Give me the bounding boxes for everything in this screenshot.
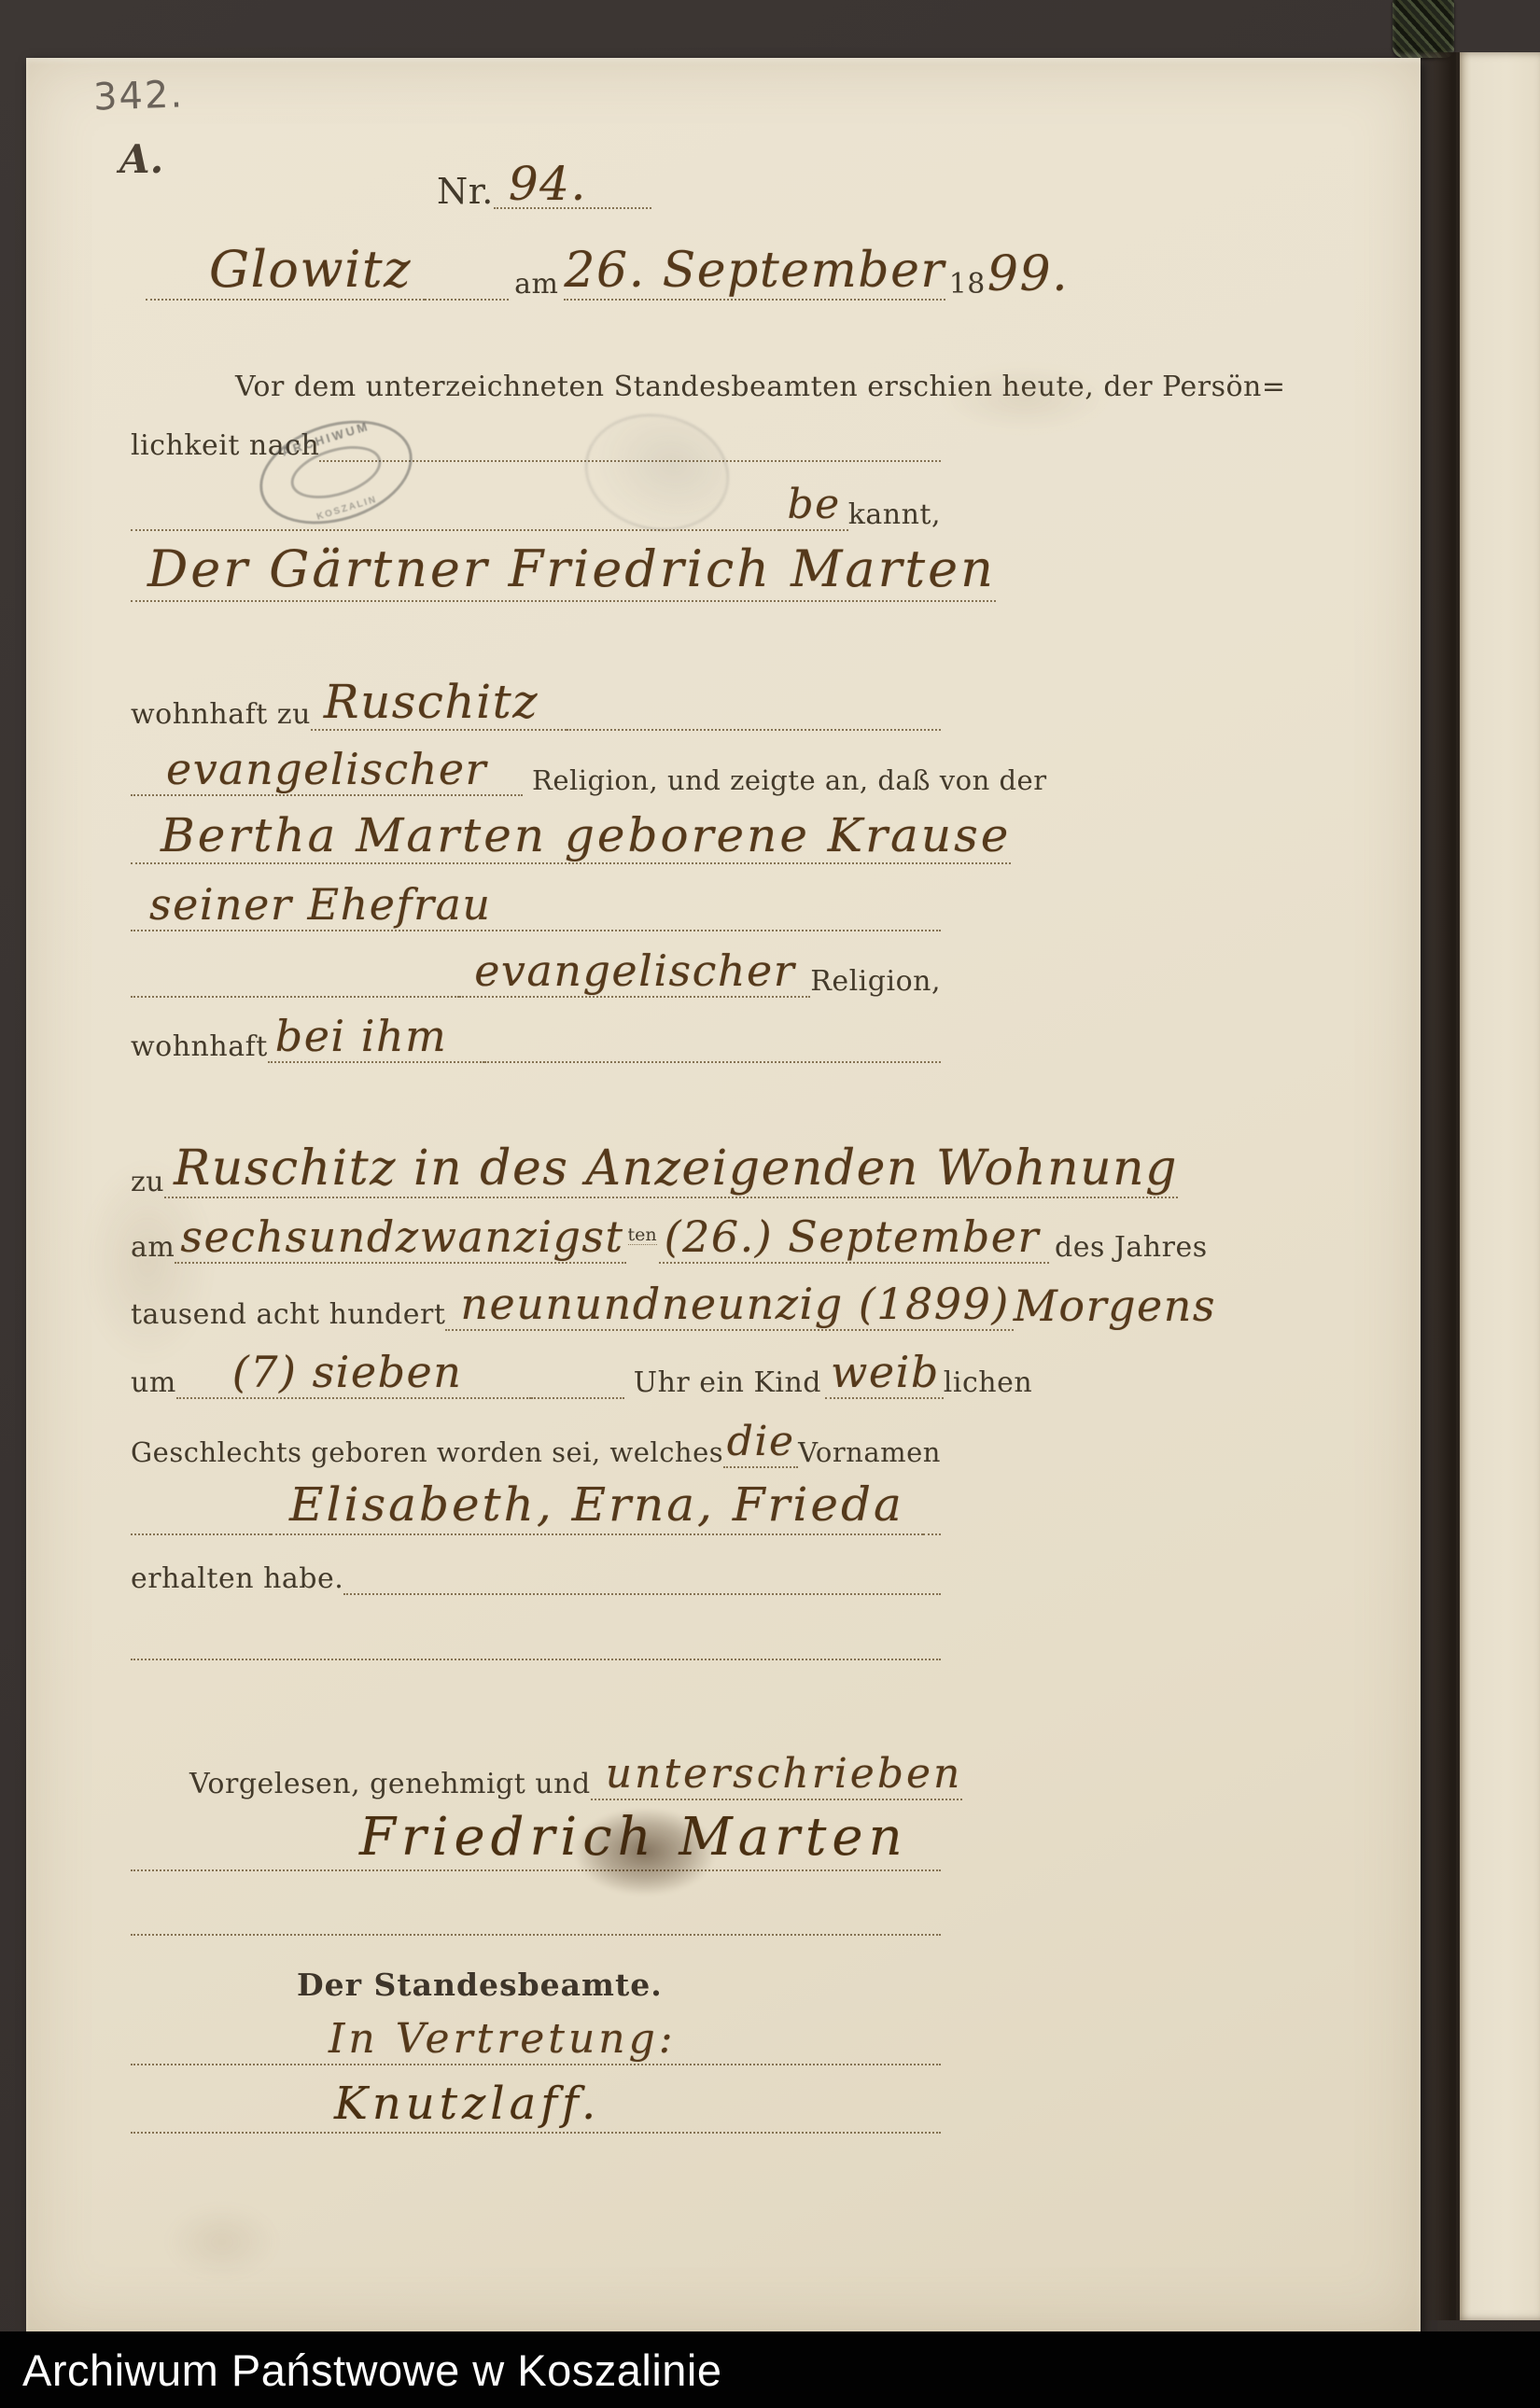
bookmark-ribbon — [1393, 0, 1454, 58]
residence-value: Ruschitz — [311, 679, 567, 731]
record-number-line: Nr. 94. — [437, 161, 651, 209]
record-number-value: 94. — [494, 161, 651, 209]
ink-blot — [575, 1809, 715, 1895]
paper-smudge — [166, 2205, 278, 2279]
religion-2-value: evangelischer — [459, 949, 810, 998]
residence-2-value: bei ihm — [268, 1015, 484, 1063]
birthyear-value: neunundneunzig (1899) — [445, 1282, 1013, 1331]
ruled-line-after-signature — [131, 1934, 941, 1936]
dateline-am-label: am — [514, 271, 558, 299]
known-handwritten: be — [779, 484, 847, 531]
dateline-year-written: 99. — [987, 250, 1069, 301]
paper-smudge — [82, 1159, 213, 1365]
religion-1-printed: Religion, und zeigte an, daß von der — [532, 767, 1047, 794]
registrar-signature-row: Knutzlaff. — [131, 2081, 941, 2134]
birthyear-row: tausend acht hundert neunundneunzig (189… — [131, 1282, 941, 1331]
empty-ruled-line — [131, 1659, 941, 1660]
religion-2-printed: Religion, — [810, 968, 941, 996]
religion-1-value: evangelischer — [131, 748, 523, 796]
birthplace-value: Ruschitz in des Anzeigenden Wohnung — [164, 1144, 1178, 1198]
known-printed: kannt, — [848, 501, 941, 529]
relation-value: seiner Ehefrau — [131, 883, 941, 931]
residence-2-label: wohnhaft — [131, 1033, 268, 1061]
birthdate-year-label: des Jahres — [1055, 1234, 1208, 1262]
record-number-label: Nr. — [437, 174, 494, 209]
residence-row: wohnhaft zu Ruschitz — [131, 679, 941, 731]
dateline: Glowitz am 26. September 18 99. — [146, 245, 941, 301]
given-names-row: Elisabeth, Erna, Frieda — [131, 1481, 941, 1535]
relation-row: seiner Ehefrau — [131, 883, 941, 931]
sex-line-row: Geschlechts geboren worden sei, welches … — [131, 1421, 941, 1468]
intro-line-1: Vor dem unterzeichneten Standesbeamten e… — [235, 373, 1286, 401]
residence-label: wohnhaft zu — [131, 701, 311, 729]
residence-row-2: wohnhaft bei ihm — [131, 1015, 941, 1063]
archive-watermark-bar: Archiwum Państwowe w Koszalinie — [0, 2331, 1540, 2408]
mother-name: Bertha Marten geborene Krause — [131, 812, 1011, 864]
registrar-signature: Knutzlaff. — [131, 2081, 941, 2134]
known-row: be kannt, — [131, 484, 941, 531]
received-row: erhalten habe. — [131, 1565, 941, 1595]
declarant-row: Der Gärtner Friedrich Marten — [131, 544, 941, 602]
daytime-value: Morgens — [1014, 1284, 1216, 1331]
declarant-signature: Friedrich Marten — [131, 1812, 941, 1871]
declarant-name: Der Gärtner Friedrich Marten — [131, 544, 996, 602]
article-value: die — [723, 1421, 798, 1468]
archive-watermark-label: Archiwum Państwowe w Koszalinie — [22, 2345, 722, 2396]
page-gutter-shadow — [1417, 52, 1460, 2320]
hour-label: um — [131, 1369, 176, 1397]
deputy-row: In Vertretung: — [131, 2019, 941, 2065]
religion-row-1: evangelischer Religion, und zeigte an, d… — [131, 748, 941, 796]
section-letter: A. — [119, 136, 163, 182]
birthdate-row: am sechsundzwanzigst ten (26.) September… — [131, 1215, 941, 1264]
received-printed: erhalten habe. — [131, 1565, 343, 1593]
certificate-page-scan: 342. A. Nr. 94. Glowitz am 26. September… — [26, 58, 1421, 2333]
dateline-day-month: 26. September — [564, 246, 945, 301]
sex-line-printed: Geschlechts geboren worden sei, welches — [131, 1439, 723, 1466]
hour-printed: Uhr ein Kind — [634, 1369, 821, 1397]
religion-row-2: evangelischer Religion, — [131, 949, 941, 998]
closing-printed: Vorgelesen, genehmigt und — [189, 1771, 591, 1799]
sex-value: weib — [825, 1351, 944, 1399]
hour-value: (7) sieben — [176, 1351, 531, 1399]
paper-smudge — [941, 366, 1109, 431]
birthdate-ordinal-suffix: ten — [628, 1226, 657, 1245]
given-names: Elisabeth, Erna, Frieda — [271, 1481, 923, 1535]
birthdate-day: sechsundzwanzigst — [175, 1215, 625, 1264]
vornamen-printed: Vornamen — [798, 1439, 941, 1466]
birth-hour-row: um (7) sieben Uhr ein Kind weib lichen — [131, 1351, 941, 1399]
dateline-place: Glowitz — [146, 245, 425, 301]
adjacent-page-edge — [1456, 52, 1540, 2320]
pencil-page-number: 342. — [92, 73, 185, 119]
closing-row: Vorgelesen, genehmigt und unterschrieben — [189, 1754, 941, 1800]
declarant-signature-row: Friedrich Marten — [131, 1812, 941, 1871]
dateline-year-printed: 18 — [949, 271, 986, 299]
deputy-note: In Vertretung: — [131, 2019, 941, 2065]
registrar-title: Der Standesbeamte. — [297, 1969, 663, 2000]
closing-handwritten: unterschrieben — [591, 1754, 963, 1800]
birthdate-numeric-month: (26.) September — [659, 1215, 1049, 1264]
birthplace-row: zu Ruschitz in des Anzeigenden Wohnung — [131, 1144, 941, 1198]
sex-printed: lichen — [944, 1369, 1032, 1397]
mother-row: Bertha Marten geborene Krause — [131, 812, 941, 864]
